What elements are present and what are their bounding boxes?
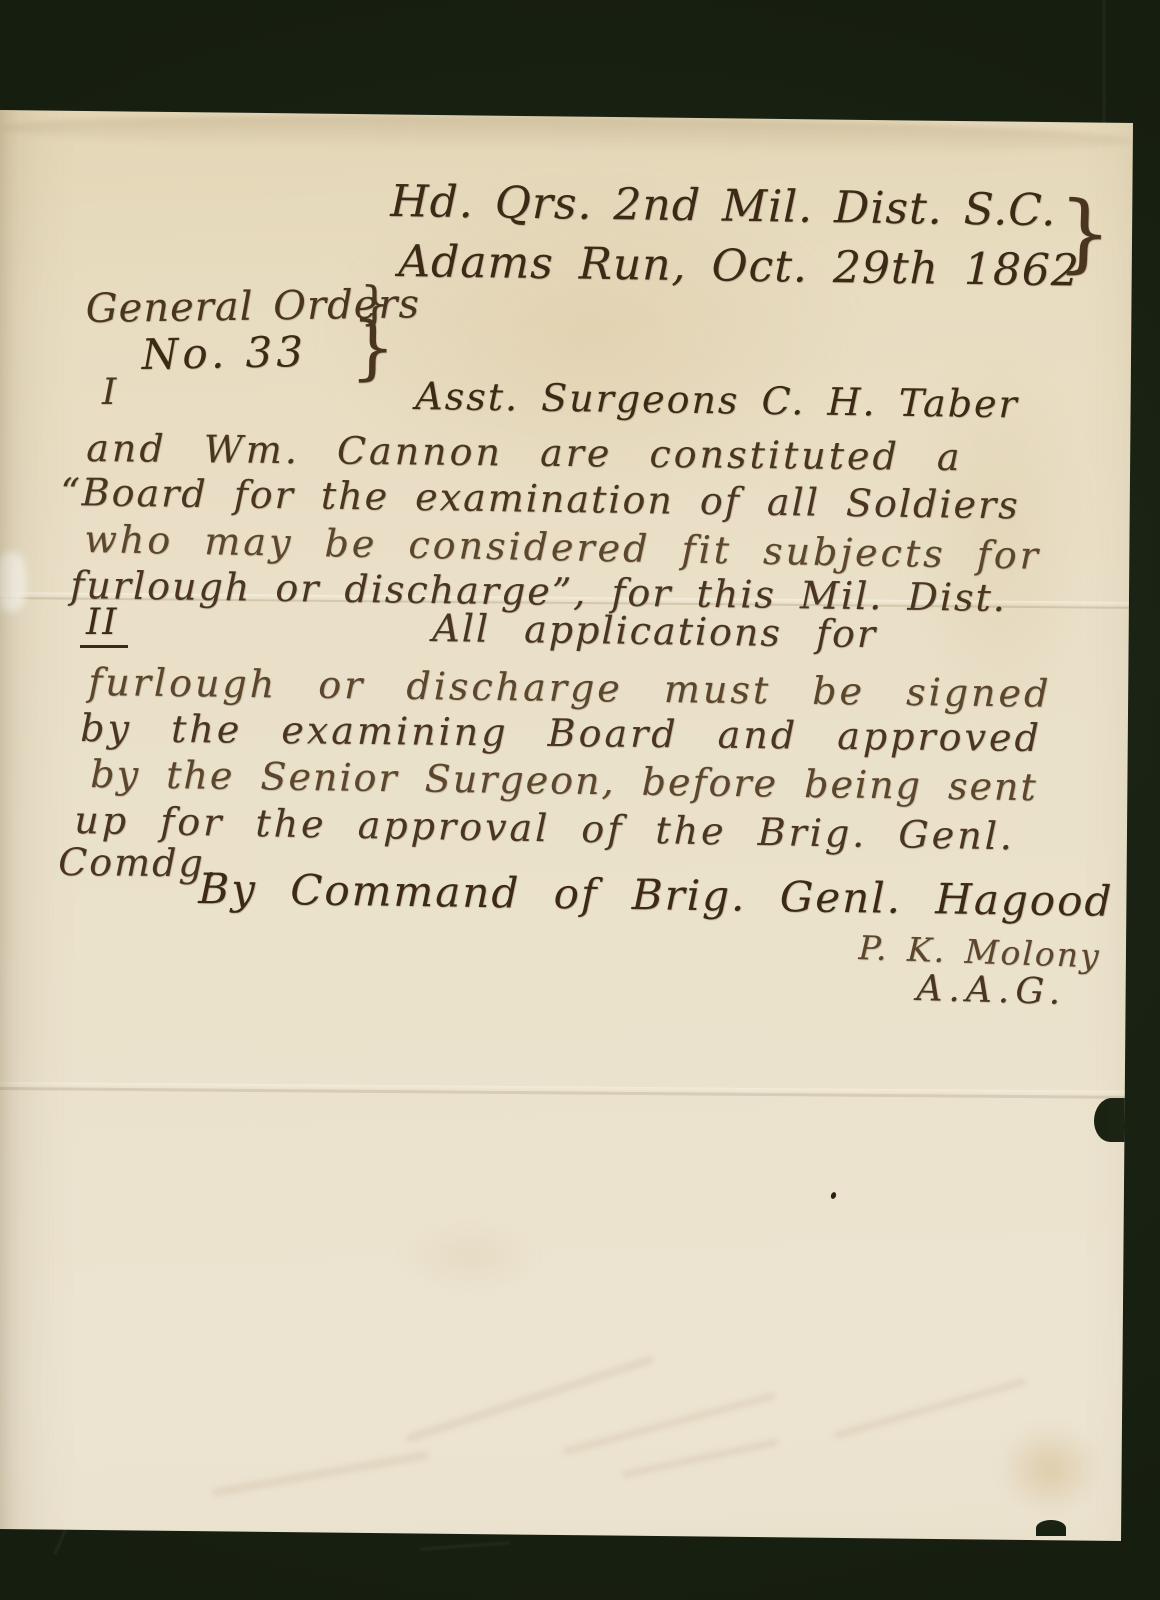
- paragraph-2-line: by the examining Board and approved: [80, 706, 1042, 760]
- header-line-1: Hd. Qrs. 2nd Mil. Dist. S.C.: [390, 176, 1057, 236]
- signature-name: P. K. Molony: [858, 928, 1101, 975]
- letter-sheet: Hd. Qrs. 2nd Mil. Dist. S.C. Adams Run, …: [0, 0, 1160, 1600]
- paragraph-2-line: Comdg.: [58, 840, 219, 885]
- paragraph-1-line: and Wm. Cannon are constituted a: [86, 426, 963, 479]
- fold-crease: [0, 1082, 1160, 1095]
- edge-nick-bottom: [1036, 1520, 1066, 1536]
- ink-showthrough: [211, 1451, 429, 1497]
- closing-command-line: By Command of Brig. Genl. Hagood: [198, 864, 1114, 926]
- paper-stain: [380, 1210, 560, 1300]
- fold-crease-shadow: [0, 1087, 1160, 1099]
- fold-highlight-left-edge: [0, 552, 26, 612]
- signature-title: A.A.G.: [916, 968, 1067, 1013]
- orders-number: No. 33: [141, 327, 307, 379]
- orders-number-brace: }: [350, 312, 396, 383]
- edge-tear-right: [1094, 1098, 1128, 1142]
- document-photo: Hd. Qrs. 2nd Mil. Dist. S.C. Adams Run, …: [0, 0, 1160, 1600]
- header-line-2: Adams Run, Oct. 29th 1862: [398, 236, 1080, 297]
- paragraph-2-numeral: II: [80, 602, 128, 648]
- ink-showthrough: [563, 1392, 777, 1456]
- paper-stain: [985, 1412, 1115, 1527]
- ink-showthrough: [405, 1355, 655, 1443]
- paragraph-1-numeral: I: [102, 372, 116, 413]
- ink-showthrough: [621, 1438, 779, 1478]
- ink-speck: [830, 1191, 837, 1199]
- paragraph-1-opening: Asst. Surgeons C. H. Taber: [415, 374, 1019, 426]
- header-brace: }: [1056, 190, 1113, 277]
- paragraph-2-opening: All applications for: [432, 606, 877, 656]
- ink-showthrough: [833, 1378, 1027, 1440]
